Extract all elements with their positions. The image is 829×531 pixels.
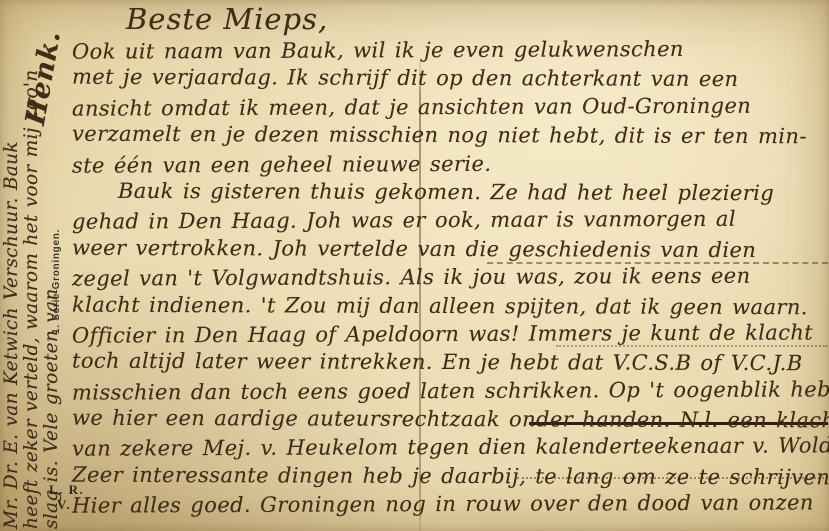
message-line: Hier alles goed. Groningen nog in rouw o… bbox=[72, 489, 828, 521]
postcard-back: Beste Mieps, Ook uit naam van Bauk, wil … bbox=[0, 0, 829, 531]
message-line: Officier in Den Haag of Apeldoorn was! I… bbox=[72, 318, 828, 350]
message-line: van zekere Mej. v. Heukelom tegen dien k… bbox=[72, 432, 828, 464]
series-imprint: 1. Serie Groningen. bbox=[51, 229, 62, 334]
message-body: Ook uit naam van Bauk, wil ik je even ge… bbox=[72, 36, 828, 519]
message-line: we hier een aardige auteursrechtzaak ond… bbox=[72, 404, 828, 435]
message-line: zegel van 't Volgwandtshuis. Als ik jou … bbox=[72, 261, 828, 293]
signature: Henk. bbox=[20, 28, 67, 127]
publisher-initials-top: L. R. bbox=[49, 482, 84, 498]
message-line: ansicht omdat ik meen, dat je ansichten … bbox=[72, 91, 828, 123]
message-line: weer vertrokken. Joh vertelde van die ge… bbox=[72, 233, 828, 264]
message-line: ste één van een geheel nieuwe serie. bbox=[72, 148, 828, 180]
message-line: gehad in Den Haag. Joh was er ook, maar … bbox=[72, 205, 828, 237]
message-line: Zeer interessante dingen heb je daarbij,… bbox=[72, 461, 828, 492]
message-line: toch altijd later weer intrekken. En je … bbox=[72, 347, 828, 378]
margin-note-line: Mr. Dr. E. van Ketwich Verschuur. Bauk bbox=[1, 141, 22, 529]
salutation: Beste Mieps, bbox=[126, 2, 328, 36]
publisher-initials-bottom: V. bbox=[57, 497, 71, 513]
margin-note-line: heeft zeker verteld, waarom het voor mij… bbox=[21, 69, 42, 529]
message-line: verzamelt en je dezen misschien nog niet… bbox=[72, 120, 828, 151]
message-line: Ook uit naam van Bauk, wil ik je even ge… bbox=[72, 34, 828, 66]
message-line: met je verjaardag. Ik schrijf dit op den… bbox=[72, 63, 828, 94]
message-line: klacht indienen. 't Zou mij dan alleen s… bbox=[72, 290, 828, 321]
message-line: misschien dan toch eens goed laten schri… bbox=[72, 375, 828, 407]
message-line: Bauk is gisteren thuis gekomen. Ze had h… bbox=[72, 177, 828, 208]
